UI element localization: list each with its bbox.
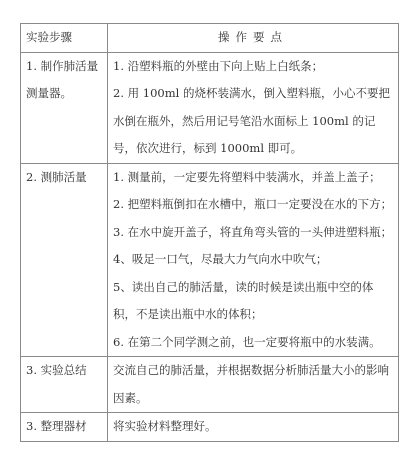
point-item: 6. 在第二个同学测之前，也一定要将瓶中的水装满。 (113, 329, 393, 357)
header-step: 实验步骤 (21, 24, 108, 53)
point-item: 将实验材料整理好。 (113, 413, 393, 441)
table-header-row: 实验步骤 操作要点 (21, 24, 399, 53)
step-cell: 3. 实验总结 (21, 357, 108, 413)
header-key-points: 操作要点 (108, 24, 399, 53)
table-row: 1. 制作肺活量测量器。 1. 沿塑料瓶的外壁由下向上贴上白纸条； 2. 用 1… (21, 52, 399, 163)
point-item: 1. 测量前，一定要先将塑料中装满水，并盖上盖子； (113, 164, 393, 192)
experiment-steps-table: 实验步骤 操作要点 1. 制作肺活量测量器。 1. 沿塑料瓶的外壁由下向上贴上白… (20, 23, 399, 442)
table-row: 3. 实验总结 交流自己的肺活量，并根据数据分析肺活量大小的影响因素。 (21, 357, 399, 413)
point-item: 1. 沿塑料瓶的外壁由下向上贴上白纸条； (113, 53, 393, 81)
points-cell: 1. 测量前，一定要先将塑料中装满水，并盖上盖子； 2. 把塑料瓶倒扣在水槽中，… (108, 163, 399, 357)
point-item: 5、读出自己的肺活量，读的时候是读出瓶中空的体积，不是读出瓶中水的体积； (113, 274, 393, 329)
table-row: 2. 测肺活量 1. 测量前，一定要先将塑料中装满水，并盖上盖子； 2. 把塑料… (21, 163, 399, 357)
points-cell: 1. 沿塑料瓶的外壁由下向上贴上白纸条； 2. 用 100ml 的烧杯装满水，倒… (108, 52, 399, 163)
point-item: 3. 在水中旋开盖子，将直角弯头管的一头伸进塑料瓶； (113, 219, 393, 247)
point-item: 交流自己的肺活量，并根据数据分析肺活量大小的影响因素。 (113, 357, 393, 412)
table-row: 3. 整理器材 将实验材料整理好。 (21, 413, 399, 442)
point-item: 4、吸足一口气，尽最大力气向水中吹气； (113, 246, 393, 274)
step-cell: 2. 测肺活量 (21, 163, 108, 357)
step-cell: 3. 整理器材 (21, 413, 108, 442)
points-cell: 将实验材料整理好。 (108, 413, 399, 442)
point-item: 2. 把塑料瓶倒扣在水槽中，瓶口一定要没在水的下方； (113, 191, 393, 219)
step-cell: 1. 制作肺活量测量器。 (21, 52, 108, 163)
point-item: 2. 用 100ml 的烧杯装满水，倒入塑料瓶，小心不要把水倒在瓶外，然后用记号… (113, 80, 393, 163)
points-cell: 交流自己的肺活量，并根据数据分析肺活量大小的影响因素。 (108, 357, 399, 413)
